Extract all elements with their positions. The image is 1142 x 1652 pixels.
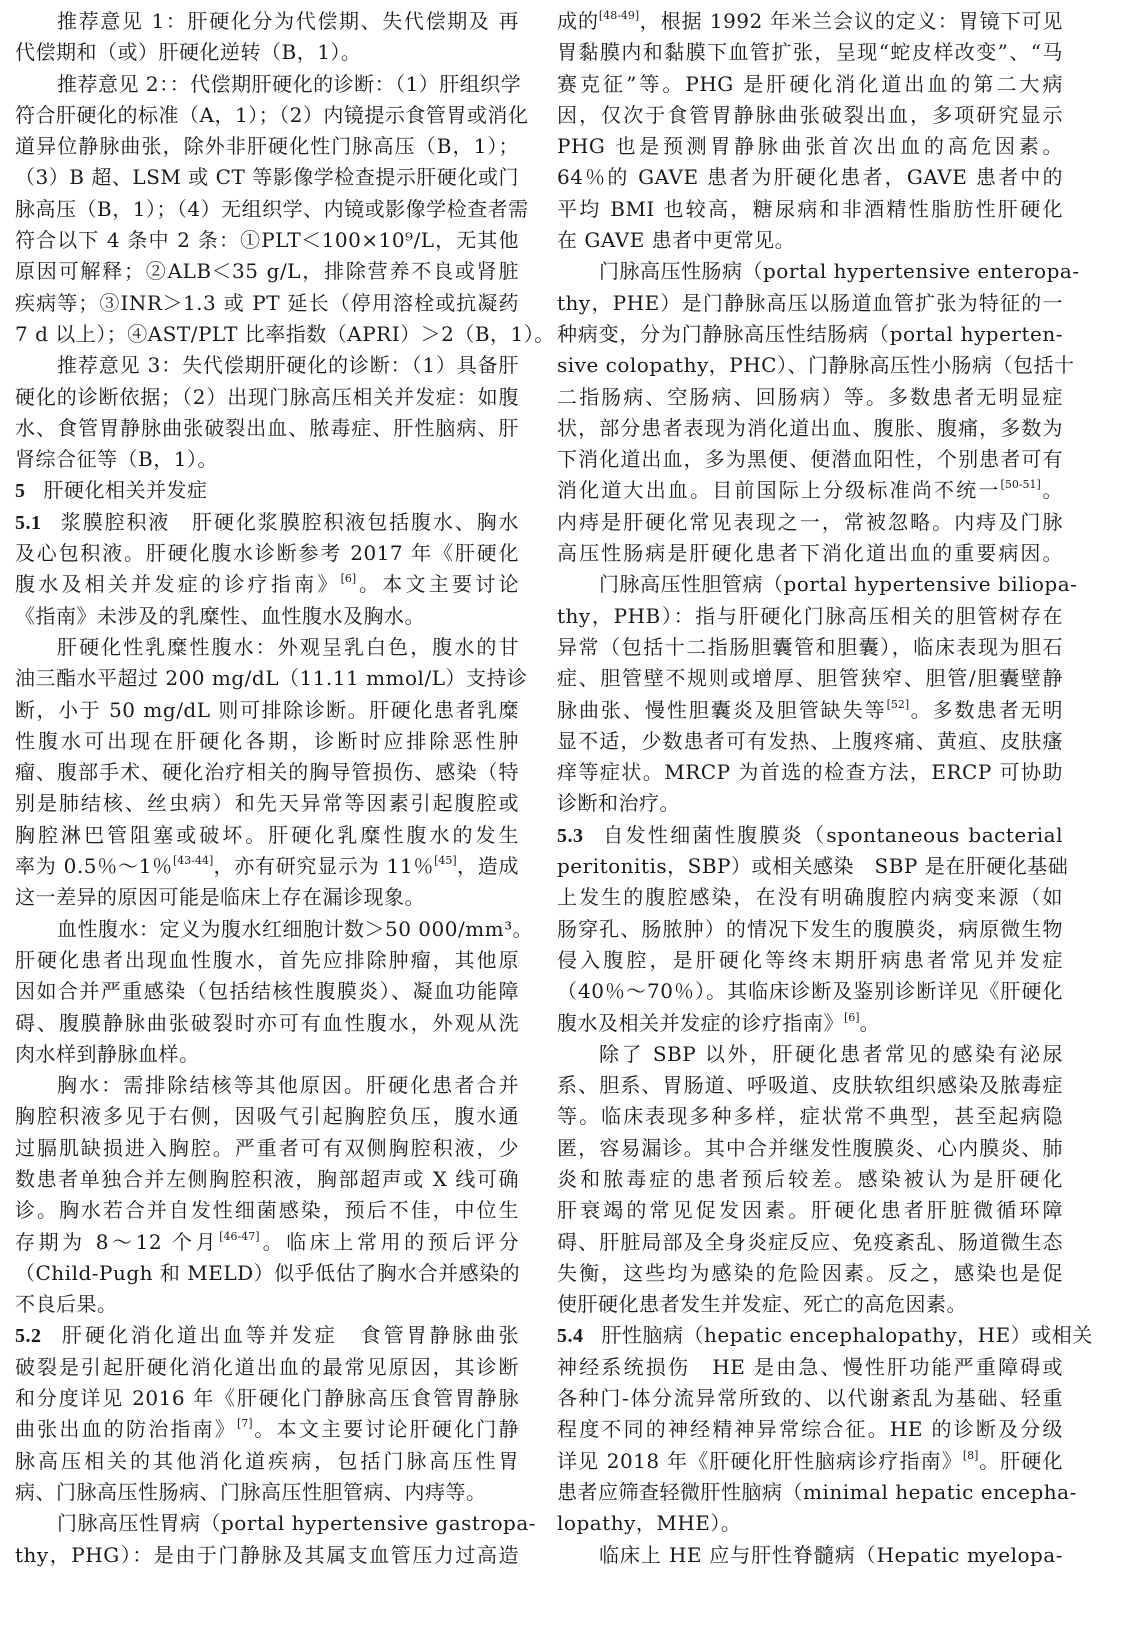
- line-text: 疾病等；③INR＞1.3 或 PT 延长（停用溶栓或抗凝药: [15, 291, 519, 315]
- text-line: 血性腹水：定义为腹水红细胞计数＞50 000/mm³。: [15, 914, 519, 945]
- text-line: 匿，容易漏诊。其中合并继发性腹膜炎、心内膜炎、肺: [557, 1133, 1063, 1164]
- line-text: 腹水及相关并发症的诊疗指南》: [15, 572, 341, 596]
- text-line: （40％～70％）。其临床诊断及鉴别诊断详见《肝硬化: [557, 976, 1063, 1007]
- line-text: thy，PHE）是门静脉高压以肠道血管扩张为特征的一: [557, 291, 1063, 315]
- line-text: 门脉高压性肠病（portal hypertensive enteropa-: [599, 259, 1080, 283]
- line-text: 临床上 HE 应与肝性脊髓病（Hepatic myelopa-: [599, 1543, 1063, 1567]
- line-text: ，根据 1992 年米兰会议的定义：胃镜下可见: [639, 9, 1063, 33]
- line-text: 脉曲张、慢性胆囊炎及胆管缺失等: [557, 698, 887, 722]
- line-text: 性腹水可出现在肝硬化各期，诊断时应排除恶性肿: [15, 729, 519, 753]
- line-text: 异常（包括十二指肠胆囊管和胆囊），临床表现为胆石: [557, 635, 1063, 659]
- line-text: 代偿期和（或）肝硬化逆转（B，1）。: [15, 40, 361, 64]
- citation-reference: [46-47]: [219, 1230, 259, 1243]
- line-text: 及心包积液。肝硬化腹水诊断参考 2017 年《肝硬化: [15, 541, 519, 565]
- line-text: 胸腔积液多见于右侧，因吸气引起胸腔负压，腹水通: [15, 1104, 519, 1128]
- text-line: 因，仅次于食管胃静脉曲张破裂出血，多项研究显示: [557, 100, 1063, 131]
- text-line: 瘤、腹部手术、硬化治疗相关的胸导管损伤、感染（特: [15, 757, 519, 788]
- text-line: 状，部分患者表现为消化道出血、腹胀、腹痛，多数为: [557, 413, 1063, 444]
- line-text: 等。临床表现多种多样，症状常不典型，甚至起病隐: [557, 1104, 1063, 1128]
- text-line: 病、门脉高压性肠病、门脉高压性胆管病、内痔等。: [15, 1477, 519, 1508]
- text-line: 等。临床表现多种多样，症状常不典型，甚至起病隐: [557, 1101, 1063, 1132]
- text-line: thy，PHE）是门静脉高压以肠道血管扩张为特征的一: [557, 288, 1063, 319]
- text-line: 门脉高压性肠病（portal hypertensive enteropa-: [557, 256, 1063, 287]
- text-line: 别是肺结核、丝虫病）和先天异常等因素引起腹腔或: [15, 788, 519, 819]
- text-line: 除了 SBP 以外，肝硬化患者常见的感染有泌尿: [557, 1039, 1063, 1070]
- text-line: 疾病等；③INR＞1.3 或 PT 延长（停用溶栓或抗凝药: [15, 288, 519, 319]
- text-line: 胃黏膜内和黏膜下血管扩张，呈现“蛇皮样改变”、“马: [557, 37, 1063, 68]
- line-text: 7 d 以上）；④AST/PLT 比率指数（APRI）＞2（B，1）。: [15, 322, 555, 346]
- line-text: sive colopathy，PHC）、门静脉高压性小肠病（包括十: [557, 353, 1074, 377]
- right-column: 成的[48-49]，根据 1992 年米兰会议的定义：胃镜下可见胃黏膜内和黏膜下…: [557, 6, 1063, 1571]
- text-line: 诊断和治疗。: [557, 788, 1063, 819]
- line-text: 成的: [557, 9, 599, 33]
- text-line: 异常（包括十二指肠胆囊管和胆囊），临床表现为胆石: [557, 632, 1063, 663]
- text-line: 胸腔积液多见于右侧，因吸气引起胸腔负压，腹水通: [15, 1101, 519, 1132]
- line-text: 破裂是引起肝硬化消化道出血的最常见原因，其诊断: [15, 1355, 519, 1379]
- text-line: 种病变，分为门静脉高压性结肠病（portal hyperten-: [557, 319, 1063, 350]
- text-line: 7 d 以上）；④AST/PLT 比率指数（APRI）＞2（B，1）。: [15, 319, 519, 350]
- line-text: 胃黏膜内和黏膜下血管扩张，呈现“蛇皮样改变”、“马: [557, 40, 1063, 64]
- line-text: 硬化的诊断依据；（2）出现门脉高压相关并发症：如腹: [15, 385, 519, 409]
- text-line: 神经系统损伤 HE 是由急、慢性肝功能严重障碍或: [557, 1352, 1063, 1383]
- citation-reference: [48-49]: [599, 9, 639, 22]
- text-line: 肝硬化性乳糜性腹水：外观呈乳白色，腹水的甘: [15, 632, 519, 663]
- line-text: peritonitis，SBP）或相关感染 SBP 是在肝硬化基础: [557, 854, 1068, 878]
- line-text: 。: [860, 1011, 881, 1035]
- line-text: 瘤、腹部手术、硬化治疗相关的胸导管损伤、感染（特: [15, 760, 519, 784]
- text-line: 符合肝硬化的标准（A，1）；（2）内镜提示食管胃或消化: [15, 100, 519, 131]
- line-text: 诊。胸水若合并自发性细菌感染，预后不佳，中位生: [15, 1198, 519, 1222]
- text-line: thy，PHB）：指与肝硬化门脉高压相关的胆管树存在: [557, 601, 1063, 632]
- text-line: 炎和脓毒症的患者预后较差。感染被认为是肝硬化: [557, 1164, 1063, 1195]
- line-text: 病、门脉高压性肠病、门脉高压性胆管病、内痔等。: [15, 1480, 487, 1504]
- text-line: （3）B 超、LSM 或 CT 等影像学检查提示肝硬化或门: [15, 162, 519, 193]
- text-line: sive colopathy，PHC）、门静脉高压性小肠病（包括十: [557, 350, 1063, 381]
- citation-reference: [43-44]: [173, 854, 213, 867]
- text-line: 肝硬化患者出现血性腹水，首先应排除肿瘤，其他原: [15, 945, 519, 976]
- line-text: 肝衰竭的常见促发因素。肝硬化患者肝脏微循环障: [557, 1198, 1063, 1222]
- line-text: 和分度详见 2016 年《肝硬化门静脉高压食管胃静脉: [15, 1386, 519, 1410]
- section-number: 5.4: [557, 1325, 584, 1347]
- line-text: 患者应筛查轻微肝性脑病（minimal hepatic encepha-: [557, 1480, 1077, 1504]
- line-text: 除了 SBP 以外，肝硬化患者常见的感染有泌尿: [599, 1042, 1063, 1066]
- line-text: 平均 BMI 也较高，糖尿病和非酒精性脂肪性肝硬化: [557, 197, 1063, 221]
- text-line: 内痔是肝硬化常见表现之一，常被忽略。内痔及门脉: [557, 507, 1063, 538]
- text-line: 脉高压相关的其他消化道疾病，包括门脉高压性胃: [15, 1446, 519, 1477]
- text-line: 不良后果。: [15, 1289, 519, 1320]
- text-line: 率为 0.5％～1％[43-44]，亦有研究显示为 11％[45]，造成: [15, 851, 519, 882]
- line-text: 门脉高压性胆管病（portal hypertensive biliopa-: [599, 572, 1077, 596]
- line-text: 使肝硬化患者发生并发症、死亡的高危因素。: [557, 1292, 967, 1316]
- line-text: 道异位静脉曲张，除外非肝硬化性门脉高压（B，1）；: [15, 134, 519, 158]
- line-text: 这一差异的原因可能是临床上存在漏诊现象。: [15, 885, 425, 909]
- text-line: 平均 BMI 也较高，糖尿病和非酒精性脂肪性肝硬化: [557, 194, 1063, 225]
- line-text: 脉高压相关的其他消化道疾病，包括门脉高压性胃: [15, 1449, 519, 1473]
- text-line: 推荐意见 3：失代偿期肝硬化的诊断：（1）具备肝: [15, 350, 519, 381]
- text-line: 这一差异的原因可能是临床上存在漏诊现象。: [15, 882, 519, 913]
- text-line: 肉水样到静脉血样。: [15, 1039, 519, 1070]
- text-line: PHG 也是预测胃静脉曲张首次出血的高危因素。: [557, 131, 1063, 162]
- text-line: 碍、肝脏局部及全身炎症反应、免疫紊乱、肠道微生态: [557, 1227, 1063, 1258]
- line-text: 碍、腹膜静脉曲张破裂时亦可有血性腹水，外观从洗: [15, 1011, 519, 1035]
- text-line: 二指肠病、空肠病、回肠病）等。多数患者无明显症: [557, 382, 1063, 413]
- text-line: 水、食管胃静脉曲张破裂出血、脓毒症、肝性脑病、肝: [15, 413, 519, 444]
- line-text: PHG 也是预测胃静脉曲张首次出血的高危因素。: [557, 134, 1063, 158]
- text-line: 肝衰竭的常见促发因素。肝硬化患者肝脏微循环障: [557, 1195, 1063, 1226]
- text-line: 痒等症状。MRCP 为首选的检查方法，ERCP 可协助: [557, 757, 1063, 788]
- text-line: 腹水及相关并发症的诊疗指南》[6]。: [557, 1008, 1063, 1039]
- line-text: 因，仅次于食管胃静脉曲张破裂出血，多项研究显示: [557, 103, 1063, 127]
- text-line: 肠穿孔、肠脓肿）的情况下发生的腹膜炎，病原微生物: [557, 914, 1063, 945]
- text-line: 断，小于 50 mg/dL 则可排除诊断。肝硬化患者乳糜: [15, 695, 519, 726]
- text-line: 各种门-体分流异常所致的、以代谢紊乱为基础、轻重: [557, 1383, 1063, 1414]
- text-line: 性腹水可出现在肝硬化各期，诊断时应排除恶性肿: [15, 726, 519, 757]
- text-line: 及心包积液。肝硬化腹水诊断参考 2017 年《肝硬化: [15, 538, 519, 569]
- text-line: 下消化道出血，多为黑便、便潜血阳性，个别患者可有: [557, 444, 1063, 475]
- text-line: 破裂是引起肝硬化消化道出血的最常见原因，其诊断: [15, 1352, 519, 1383]
- text-line: 门脉高压性胃病（portal hypertensive gastropa-: [15, 1508, 519, 1539]
- line-text: 肝硬化消化道出血等并发症 食管胃静脉曲张: [60, 1323, 520, 1347]
- section-heading-line: 5肝硬化相关并发症: [15, 475, 519, 506]
- text-line: 曲张出血的防治指南》[7]。本文主要讨论肝硬化门静: [15, 1414, 519, 1445]
- line-text: 别是肺结核、丝虫病）和先天异常等因素引起腹腔或: [15, 791, 519, 815]
- line-text: 赛克征”等。PHG 是肝硬化消化道出血的第二大病: [557, 72, 1063, 96]
- line-text: 肝硬化患者出现血性腹水，首先应排除肿瘤，其他原: [15, 948, 519, 972]
- line-text: 胸水：需排除结核等其他原因。肝硬化患者合并: [57, 1073, 519, 1097]
- citation-reference: [50-51]: [1001, 478, 1041, 491]
- line-text: 腹水及相关并发症的诊疗指南》: [557, 1011, 844, 1035]
- line-text: 64％的 GAVE 患者为肝硬化患者，GAVE 患者中的: [557, 165, 1063, 189]
- line-text: 失衡，这些均为感染的危险因素。反之，感染也是促: [557, 1261, 1063, 1285]
- line-text: 炎和脓毒症的患者预后较差。感染被认为是肝硬化: [557, 1167, 1063, 1191]
- text-line: 消化道大出血。目前国际上分级标准尚不统一[50-51]。: [557, 475, 1063, 506]
- line-text: 肉水样到静脉血样。: [15, 1042, 200, 1066]
- text-line: 符合以下 4 条中 2 条：①PLT＜100×10⁹/L，无其他: [15, 225, 519, 256]
- line-text: 曲张出血的防治指南》: [15, 1417, 237, 1441]
- section-number: 5.3: [557, 825, 584, 847]
- line-text: 胸腔淋巴管阻塞或破坏。肝硬化乳糜性腹水的发生: [15, 823, 519, 847]
- text-line: 油三酯水平超过 200 mg/dL（11.11 mmol/L）支持诊: [15, 663, 519, 694]
- line-text: 率为 0.5％～1％: [15, 854, 173, 878]
- text-line: 硬化的诊断依据；（2）出现门脉高压相关并发症：如腹: [15, 382, 519, 413]
- line-text: （Child-Pugh 和 MELD）似乎低估了胸水合并感染的: [15, 1261, 520, 1285]
- line-text: 内痔是肝硬化常见表现之一，常被忽略。内痔及门脉: [557, 510, 1063, 534]
- line-text: thy，PHG）：是由于门静脉及其属支血管压力过高造: [15, 1543, 519, 1567]
- text-line: 和分度详见 2016 年《肝硬化门静脉高压食管胃静脉: [15, 1383, 519, 1414]
- text-line: 患者应筛查轻微肝性脑病（minimal hepatic encepha-: [557, 1477, 1063, 1508]
- line-text: 种病变，分为门静脉高压性结肠病（portal hyperten-: [557, 322, 1063, 346]
- line-text: 油三酯水平超过 200 mg/dL（11.11 mmol/L）支持诊: [15, 666, 527, 690]
- line-text: ，造成: [457, 854, 519, 878]
- line-text: 《指南》未涉及的乳糜性、血性腹水及胸水。: [15, 604, 425, 628]
- line-text: 匿，容易漏诊。其中合并继发性腹膜炎、心内膜炎、肺: [557, 1136, 1063, 1160]
- line-text: 诊断和治疗。: [557, 791, 680, 815]
- section-heading-line: 5.1浆膜腔积液 肝硬化浆膜腔积液包括腹水、胸水: [15, 507, 519, 538]
- line-text: 症、胆管壁不规则或增厚、胆管狭窄、胆管/胆囊壁静: [557, 666, 1063, 690]
- line-text: 系、胆系、胃肠道、呼吸道、皮肤软组织感染及脓毒症: [557, 1073, 1063, 1097]
- text-line: 门脉高压性胆管病（portal hypertensive biliopa-: [557, 569, 1063, 600]
- text-line: 上发生的腹腔感染，在没有明确腹腔内病变来源（如: [557, 882, 1063, 913]
- text-line: 详见 2018 年《肝硬化肝性脑病诊疗指南》[8]。肝硬化: [557, 1446, 1063, 1477]
- line-text: 下消化道出血，多为黑便、便潜血阳性，个别患者可有: [557, 447, 1063, 471]
- line-text: 神经系统损伤 HE 是由急、慢性肝功能严重障碍或: [557, 1355, 1063, 1379]
- text-line: 临床上 HE 应与肝性脊髓病（Hepatic myelopa-: [557, 1540, 1063, 1571]
- line-text: 浆膜腔积液 肝硬化浆膜腔积液包括腹水、胸水: [60, 510, 520, 534]
- line-text: 断，小于 50 mg/dL 则可排除诊断。肝硬化患者乳糜: [15, 698, 519, 722]
- section-number: 5.2: [15, 1325, 42, 1347]
- line-text: 详见 2018 年《肝硬化肝性脑病诊疗指南》: [557, 1449, 963, 1473]
- text-line: peritonitis，SBP）或相关感染 SBP 是在肝硬化基础: [557, 851, 1063, 882]
- line-text: 。: [1041, 478, 1063, 502]
- text-line: 原因可解释；②ALB＜35 g/L，排除营养不良或肾脏: [15, 256, 519, 287]
- section-number: 5: [15, 480, 26, 502]
- line-text: ，亦有研究显示为 11％: [213, 854, 434, 878]
- citation-reference: [6]: [844, 1011, 860, 1024]
- text-line: 高压性肠病是肝硬化患者下消化道出血的重要病因。: [557, 538, 1063, 569]
- text-line: 因如合并严重感染（包括结核性腹膜炎）、凝血功能障: [15, 976, 519, 1007]
- text-line: 腹水及相关并发症的诊疗指南》[6]。本文主要讨论: [15, 569, 519, 600]
- line-text: 侵入腹腔，是肝硬化等终末期肝病患者常见并发症: [557, 948, 1063, 972]
- text-line: 存期为 8～12 个月[46-47]。临床上常用的预后评分: [15, 1227, 519, 1258]
- line-text: 脉高压（B，1）；（4）无组织学、内镜或影像学检查者需: [15, 197, 529, 221]
- text-line: 推荐意见 1：肝硬化分为代偿期、失代偿期及 再: [15, 6, 519, 37]
- line-text: 血性腹水：定义为腹水红细胞计数＞50 000/mm³。: [57, 917, 533, 941]
- text-line: 使肝硬化患者发生并发症、死亡的高危因素。: [557, 1289, 1063, 1320]
- line-text: 推荐意见 3：失代偿期肝硬化的诊断：（1）具备肝: [57, 353, 519, 377]
- line-text: 符合以下 4 条中 2 条：①PLT＜100×10⁹/L，无其他: [15, 228, 519, 252]
- citation-reference: [7]: [237, 1417, 253, 1430]
- section-number: 5.1: [15, 512, 42, 534]
- left-column: 推荐意见 1：肝硬化分为代偿期、失代偿期及 再代偿期和（或）肝硬化逆转（B，1）…: [15, 6, 519, 1571]
- line-text: 推荐意见 1：肝硬化分为代偿期、失代偿期及 再: [57, 9, 519, 33]
- line-text: 二指肠病、空肠病、回肠病）等。多数患者无明显症: [557, 385, 1063, 409]
- line-text: 显不适，少数患者可有发热、上腹疼痛、黄疸、皮肤瘙: [557, 729, 1063, 753]
- line-text: 推荐意见 2：：代偿期肝硬化的诊断：（1）肝组织学: [57, 72, 521, 96]
- line-text: 。本文主要讨论肝硬化门静: [253, 1417, 519, 1441]
- line-text: 门脉高压性胃病（portal hypertensive gastropa-: [57, 1511, 536, 1535]
- text-line: 肾综合征等（B，1）。: [15, 444, 519, 475]
- text-line: 脉高压（B，1）；（4）无组织学、内镜或影像学检查者需: [15, 194, 519, 225]
- line-text: 肠穿孔、肠脓肿）的情况下发生的腹膜炎，病原微生物: [557, 917, 1063, 941]
- text-line: 脉曲张、慢性胆囊炎及胆管缺失等[52]。多数患者无明: [557, 695, 1063, 726]
- line-text: 。多数患者无明: [909, 698, 1063, 722]
- line-text: 肝硬化性乳糜性腹水：外观呈乳白色，腹水的甘: [57, 635, 519, 659]
- line-text: lopathy，MHE）。: [557, 1511, 741, 1535]
- citation-reference: [52]: [887, 698, 910, 711]
- line-text: 符合肝硬化的标准（A，1）；（2）内镜提示食管胃或消化: [15, 103, 528, 127]
- section-heading-line: 5.4肝性脑病（hepatic encephalopathy，HE）或相关: [557, 1320, 1063, 1351]
- line-text: 存期为 8～12 个月: [15, 1230, 219, 1254]
- text-line: 64％的 GAVE 患者为肝硬化患者，GAVE 患者中的: [557, 162, 1063, 193]
- text-line: （Child-Pugh 和 MELD）似乎低估了胸水合并感染的: [15, 1258, 519, 1289]
- citation-reference: [45]: [434, 854, 457, 867]
- text-line: 症、胆管壁不规则或增厚、胆管狭窄、胆管/胆囊壁静: [557, 663, 1063, 694]
- text-line: 在 GAVE 患者中更常见。: [557, 225, 1063, 256]
- text-line: 显不适，少数患者可有发热、上腹疼痛、黄疸、皮肤瘙: [557, 726, 1063, 757]
- line-text: 肝性脑病（hepatic encephalopathy，HE）或相关: [602, 1323, 1093, 1347]
- text-line: 侵入腹腔，是肝硬化等终末期肝病患者常见并发症: [557, 945, 1063, 976]
- line-text: 。肝硬化: [978, 1449, 1063, 1473]
- text-line: 赛克征”等。PHG 是肝硬化消化道出血的第二大病: [557, 69, 1063, 100]
- text-line: thy，PHG）：是由于门静脉及其属支血管压力过高造: [15, 1540, 519, 1571]
- line-text: thy，PHB）：指与肝硬化门脉高压相关的胆管树存在: [557, 604, 1063, 628]
- text-line: 代偿期和（或）肝硬化逆转（B，1）。: [15, 37, 519, 68]
- line-text: 过膈肌缺损进入胸腔。严重者可有双侧胸腔积液，少: [15, 1136, 519, 1160]
- line-text: 肾综合征等（B，1）。: [15, 447, 218, 471]
- text-line: 失衡，这些均为感染的危险因素。反之，感染也是促: [557, 1258, 1063, 1289]
- line-text: 自发性细菌性腹膜炎（spontaneous bacterial: [602, 823, 1064, 847]
- line-text: 数患者单独合并左侧胸腔积液，胸部超声或 X 线可确: [15, 1167, 519, 1191]
- section-heading-line: 5.2肝硬化消化道出血等并发症 食管胃静脉曲张: [15, 1320, 519, 1351]
- line-text: 在 GAVE 患者中更常见。: [557, 228, 795, 252]
- line-text: 不良后果。: [15, 1292, 118, 1316]
- text-line: 数患者单独合并左侧胸腔积液，胸部超声或 X 线可确: [15, 1164, 519, 1195]
- line-text: 。本文主要讨论: [356, 572, 519, 596]
- text-line: 过膈肌缺损进入胸腔。严重者可有双侧胸腔积液，少: [15, 1133, 519, 1164]
- text-line: 道异位静脉曲张，除外非肝硬化性门脉高压（B，1）；: [15, 131, 519, 162]
- text-line: 系、胆系、胃肠道、呼吸道、皮肤软组织感染及脓毒症: [557, 1070, 1063, 1101]
- citation-reference: [8]: [963, 1449, 979, 1462]
- text-line: 诊。胸水若合并自发性细菌感染，预后不佳，中位生: [15, 1195, 519, 1226]
- line-text: 肝硬化相关并发症: [44, 478, 208, 502]
- line-text: 碍、肝脏局部及全身炎症反应、免疫紊乱、肠道微生态: [557, 1230, 1063, 1254]
- line-text: 痒等症状。MRCP 为首选的检查方法，ERCP 可协助: [557, 760, 1063, 784]
- line-text: 程度不同的神经精神异常综合征。HE 的诊断及分级: [557, 1417, 1063, 1441]
- text-line: 《指南》未涉及的乳糜性、血性腹水及胸水。: [15, 601, 519, 632]
- line-text: 消化道大出血。目前国际上分级标准尚不统一: [557, 478, 1001, 502]
- text-line: lopathy，MHE）。: [557, 1508, 1063, 1539]
- text-line: 推荐意见 2：：代偿期肝硬化的诊断：（1）肝组织学: [15, 69, 519, 100]
- line-text: 上发生的腹腔感染，在没有明确腹腔内病变来源（如: [557, 885, 1063, 909]
- line-text: 因如合并严重感染（包括结核性腹膜炎）、凝血功能障: [15, 979, 519, 1003]
- line-text: 高压性肠病是肝硬化患者下消化道出血的重要病因。: [557, 541, 1063, 565]
- citation-reference: [6]: [341, 572, 357, 585]
- text-line: 胸水：需排除结核等其他原因。肝硬化患者合并: [15, 1070, 519, 1101]
- line-text: 原因可解释；②ALB＜35 g/L，排除营养不良或肾脏: [15, 259, 519, 283]
- text-line: 成的[48-49]，根据 1992 年米兰会议的定义：胃镜下可见: [557, 6, 1063, 37]
- line-text: （3）B 超、LSM 或 CT 等影像学检查提示肝硬化或门: [15, 165, 519, 189]
- text-line: 胸腔淋巴管阻塞或破坏。肝硬化乳糜性腹水的发生: [15, 820, 519, 851]
- text-line: 程度不同的神经精神异常综合征。HE 的诊断及分级: [557, 1414, 1063, 1445]
- line-text: 水、食管胃静脉曲张破裂出血、脓毒症、肝性脑病、肝: [15, 416, 519, 440]
- line-text: 。临床上常用的预后评分: [260, 1230, 520, 1254]
- line-text: 状，部分患者表现为消化道出血、腹胀、腹痛，多数为: [557, 416, 1063, 440]
- line-text: 各种门-体分流异常所致的、以代谢紊乱为基础、轻重: [557, 1386, 1063, 1410]
- text-line: 碍、腹膜静脉曲张破裂时亦可有血性腹水，外观从洗: [15, 1008, 519, 1039]
- section-heading-line: 5.3自发性细菌性腹膜炎（spontaneous bacterial: [557, 820, 1063, 851]
- line-text: （40％～70％）。其临床诊断及鉴别诊断详见《肝硬化: [557, 979, 1063, 1003]
